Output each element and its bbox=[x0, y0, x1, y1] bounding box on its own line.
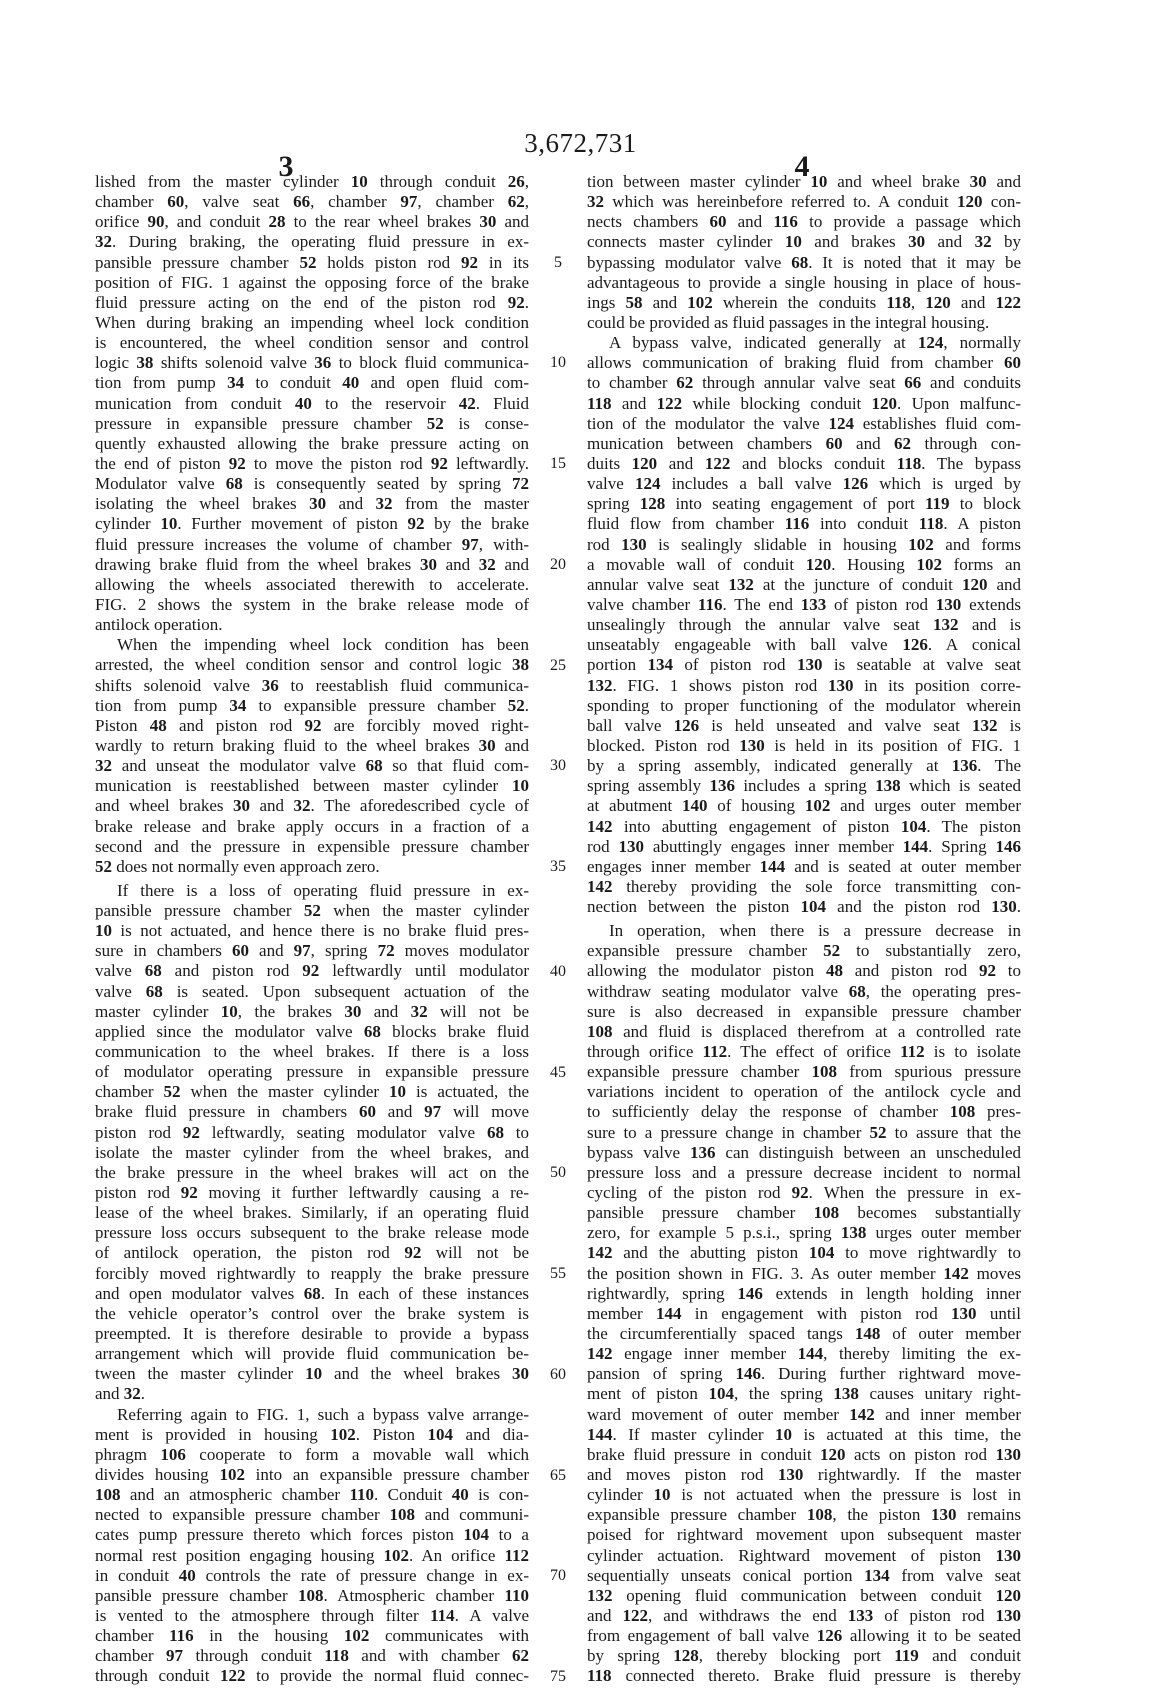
text-line: tion of the modulator the valve 124 esta… bbox=[587, 414, 1021, 434]
line-number: 65 bbox=[536, 1466, 580, 1486]
reference-numeral: 32 bbox=[411, 1002, 428, 1021]
text-line: 10 is not actuated, and hence there is n… bbox=[95, 921, 529, 941]
text-line: FIG. 2 shows the system in the brake rel… bbox=[95, 595, 529, 615]
reference-numeral: 52 bbox=[508, 696, 525, 715]
text-line: arrested, the wheel condition sensor and… bbox=[95, 655, 529, 675]
reference-numeral: 66 bbox=[293, 192, 310, 211]
text-line: sure in chambers 60 and 97, spring 72 mo… bbox=[95, 941, 529, 961]
reference-numeral: 106 bbox=[160, 1445, 186, 1464]
reference-numeral: 120 bbox=[957, 192, 983, 211]
reference-numeral: 104 bbox=[709, 1384, 735, 1403]
text-line: antilock operation. bbox=[95, 615, 529, 635]
text-line: from engagement of ball valve 126 allowi… bbox=[587, 1626, 1021, 1646]
text-line: brake fluid pressure in chambers 60 and … bbox=[95, 1102, 529, 1122]
text-line: pressure in expansible pressure chamber … bbox=[95, 414, 529, 434]
text-line: sponding to proper functioning of the mo… bbox=[587, 696, 1021, 716]
reference-numeral: 130 bbox=[778, 1465, 804, 1484]
reference-numeral: 120 bbox=[996, 1586, 1022, 1605]
reference-numeral: 133 bbox=[848, 1606, 874, 1625]
text-line: and moves piston rod 130 rightwardly. If… bbox=[587, 1465, 1021, 1485]
text-line: lease of the wheel brakes. Similarly, if… bbox=[95, 1203, 529, 1223]
reference-numeral: 38 bbox=[136, 353, 153, 372]
text-line: 118 connected thereto. Brake fluid press… bbox=[587, 1666, 1021, 1686]
reference-numeral: 92 bbox=[508, 293, 525, 312]
text-line: unsealingly through the annular valve se… bbox=[587, 615, 1021, 635]
reference-numeral: 148 bbox=[855, 1324, 881, 1343]
line-number: 55 bbox=[536, 1264, 580, 1284]
reference-numeral: 32 bbox=[124, 1384, 141, 1403]
text-line: forcibly moved rightwardly to reapply th… bbox=[95, 1264, 529, 1284]
line-number: 15 bbox=[536, 454, 580, 474]
reference-numeral: 142 bbox=[587, 817, 613, 836]
reference-numeral: 124 bbox=[828, 414, 854, 433]
reference-numeral: 122 bbox=[705, 454, 731, 473]
reference-numeral: 134 bbox=[648, 655, 674, 674]
reference-numeral: 58 bbox=[625, 293, 642, 312]
reference-numeral: 10 bbox=[654, 1485, 671, 1504]
reference-numeral: 97 bbox=[424, 1102, 441, 1121]
reference-numeral: 92 bbox=[304, 716, 321, 735]
reference-numeral: 126 bbox=[843, 474, 869, 493]
text-line: divides housing 102 into an expansible p… bbox=[95, 1465, 529, 1485]
reference-numeral: 48 bbox=[826, 961, 843, 980]
reference-numeral: 130 bbox=[951, 1304, 977, 1323]
reference-numeral: 110 bbox=[349, 1485, 374, 1504]
text-line: by spring 128, thereby blocking port 119… bbox=[587, 1646, 1021, 1666]
reference-numeral: 40 bbox=[342, 373, 359, 392]
text-line: pansible pressure chamber 108. Atmospher… bbox=[95, 1586, 529, 1606]
text-line: through orifice 112. The effect of orifi… bbox=[587, 1042, 1021, 1062]
line-number: 70 bbox=[536, 1566, 580, 1586]
reference-numeral: 92 bbox=[404, 1243, 421, 1262]
reference-numeral: 132 bbox=[728, 575, 754, 594]
reference-numeral: 108 bbox=[389, 1505, 415, 1524]
text-line: portion 134 of piston rod 130 is seatabl… bbox=[587, 655, 1021, 675]
reference-numeral: 124 bbox=[635, 474, 661, 493]
reference-numeral: 28 bbox=[269, 212, 286, 231]
reference-numeral: 97 bbox=[462, 535, 479, 554]
reference-numeral: 120 bbox=[925, 293, 951, 312]
reference-numeral: 122 bbox=[623, 1606, 649, 1625]
text-line: position of FIG. 1 against the opposing … bbox=[95, 273, 529, 293]
reference-numeral: 10 bbox=[775, 1425, 792, 1444]
text-line: the brake pressure in the wheel brakes w… bbox=[95, 1163, 529, 1183]
text-line: cylinder 10. Further movement of piston … bbox=[95, 514, 529, 534]
text-line: fluid flow from chamber 116 into conduit… bbox=[587, 514, 1021, 534]
text-line: rightwardly, spring 146 extends in lengt… bbox=[587, 1284, 1021, 1304]
reference-numeral: 130 bbox=[621, 535, 647, 554]
reference-numeral: 142 bbox=[587, 1344, 613, 1363]
reference-numeral: 108 bbox=[814, 1203, 840, 1222]
line-number: 25 bbox=[536, 656, 580, 676]
text-line: of modulator operating pressure in expan… bbox=[95, 1062, 529, 1082]
text-line: advantageous to provide a single housing… bbox=[587, 273, 1021, 293]
reference-numeral: 102 bbox=[344, 1626, 370, 1645]
reference-numeral: 60 bbox=[709, 212, 726, 231]
reference-numeral: 144 bbox=[760, 857, 786, 876]
line-number: 20 bbox=[536, 555, 580, 575]
reference-numeral: 60 bbox=[232, 941, 249, 960]
text-line: chamber 52 when the master cylinder 10 i… bbox=[95, 1082, 529, 1102]
text-line: annular valve seat 132 at the juncture o… bbox=[587, 575, 1021, 595]
reference-numeral: 40 bbox=[179, 1566, 196, 1585]
reference-numeral: 140 bbox=[682, 796, 708, 815]
reference-numeral: 114 bbox=[430, 1606, 455, 1625]
reference-numeral: 112 bbox=[703, 1042, 728, 1061]
text-line: pansible pressure chamber 52 holds pisto… bbox=[95, 253, 529, 273]
reference-numeral: 130 bbox=[996, 1546, 1022, 1565]
reference-numeral: 108 bbox=[812, 1062, 838, 1081]
text-line: When during braking an impending wheel l… bbox=[95, 313, 529, 333]
reference-numeral: 132 bbox=[587, 1586, 613, 1605]
text-line: of antilock operation, the piston rod 92… bbox=[95, 1243, 529, 1263]
text-line: to chamber 62 through annular valve seat… bbox=[587, 373, 1021, 393]
reference-numeral: 119 bbox=[894, 1646, 919, 1665]
text-line: chamber 116 in the housing 102 communica… bbox=[95, 1626, 529, 1646]
text-line: ward movement of outer member 142 and in… bbox=[587, 1405, 1021, 1425]
reference-numeral: 144 bbox=[587, 1425, 613, 1444]
text-line: at abutment 140 of housing 102 and urges… bbox=[587, 796, 1021, 816]
reference-numeral: 60 bbox=[1004, 353, 1021, 372]
reference-numeral: 138 bbox=[875, 776, 901, 795]
reference-numeral: 102 bbox=[330, 1425, 356, 1444]
text-line: munication from conduit 40 to the reserv… bbox=[95, 394, 529, 414]
reference-numeral: 66 bbox=[904, 373, 921, 392]
reference-numeral: 38 bbox=[512, 655, 529, 674]
reference-numeral: 120 bbox=[962, 575, 988, 594]
reference-numeral: 104 bbox=[809, 1243, 835, 1262]
reference-numeral: 32 bbox=[95, 756, 112, 775]
reference-numeral: 68 bbox=[146, 982, 163, 1001]
text-line: could be provided as fluid passages in t… bbox=[587, 313, 1021, 333]
reference-numeral: 97 bbox=[166, 1646, 183, 1665]
text-line: pansion of spring 146. During further ri… bbox=[587, 1364, 1021, 1384]
text-line: by a spring assembly, indicated generall… bbox=[587, 756, 1021, 776]
text-line: munication between chambers 60 and 62 th… bbox=[587, 434, 1021, 454]
reference-numeral: 104 bbox=[801, 897, 827, 916]
text-line: drawing brake fluid from the wheel brake… bbox=[95, 555, 529, 575]
line-number: 40 bbox=[536, 962, 580, 982]
reference-numeral: 108 bbox=[95, 1485, 121, 1504]
text-line: brake release and brake apply occurs in … bbox=[95, 817, 529, 837]
text-line: ment of piston 104, the spring 138 cause… bbox=[587, 1384, 1021, 1404]
text-line: ment is provided in housing 102. Piston … bbox=[95, 1425, 529, 1445]
reference-numeral: 130 bbox=[619, 837, 645, 856]
reference-numeral: 102 bbox=[219, 1465, 245, 1484]
text-line: allowing the modulator piston 48 and pis… bbox=[587, 961, 1021, 981]
text-line: rod 130 is sealingly slidable in housing… bbox=[587, 535, 1021, 555]
text-line: second and the pressure in expensible pr… bbox=[95, 837, 529, 857]
text-line: bypass valve 136 can distinguish between… bbox=[587, 1143, 1021, 1163]
text-line: If there is a loss of operating fluid pr… bbox=[95, 881, 529, 901]
reference-numeral: 40 bbox=[452, 1485, 469, 1504]
reference-numeral: 120 bbox=[632, 454, 658, 473]
text-line: nects chambers 60 and 116 to provide a p… bbox=[587, 212, 1021, 232]
text-line: applied since the modulator valve 68 blo… bbox=[95, 1022, 529, 1042]
text-line: spring assembly 136 includes a spring 13… bbox=[587, 776, 1021, 796]
text-line: brake fluid pressure in conduit 120 acts… bbox=[587, 1445, 1021, 1465]
reference-numeral: 30 bbox=[233, 796, 250, 815]
line-number: 30 bbox=[536, 756, 580, 776]
reference-numeral: 122 bbox=[657, 394, 683, 413]
text-line: 52 does not normally even approach zero. bbox=[95, 857, 529, 877]
reference-numeral: 146 bbox=[737, 1284, 763, 1303]
text-line: When the impending wheel lock condition … bbox=[95, 635, 529, 655]
reference-numeral: 130 bbox=[936, 595, 962, 614]
reference-numeral: 62 bbox=[894, 434, 911, 453]
reference-numeral: 52 bbox=[427, 414, 444, 433]
reference-numeral: 92 bbox=[431, 454, 448, 473]
reference-numeral: 120 bbox=[872, 394, 898, 413]
reference-numeral: 130 bbox=[931, 1505, 957, 1524]
reference-numeral: 116 bbox=[785, 514, 810, 533]
text-line: allows communication of braking fluid fr… bbox=[587, 353, 1021, 373]
text-line: 32 and unseat the modulator valve 68 so … bbox=[95, 756, 529, 776]
reference-numeral: 60 bbox=[167, 192, 184, 211]
text-line: 32 which was hereinbefore referred to. A… bbox=[587, 192, 1021, 212]
text-line: and open modulator valves 68. In each of… bbox=[95, 1284, 529, 1304]
text-line: pressure loss and a pressure decrease in… bbox=[587, 1163, 1021, 1183]
text-line: zero, for example 5 p.s.i., spring 138 u… bbox=[587, 1223, 1021, 1243]
reference-numeral: 30 bbox=[479, 736, 496, 755]
text-line: tion from pump 34 to conduit 40 and open… bbox=[95, 373, 529, 393]
text-line: is vented to the atmosphere through filt… bbox=[95, 1606, 529, 1626]
text-line: the vehicle operator’s control over the … bbox=[95, 1304, 529, 1324]
reference-numeral: 42 bbox=[459, 394, 476, 413]
text-line: the end of piston 92 to move the piston … bbox=[95, 454, 529, 474]
reference-numeral: 118 bbox=[897, 454, 922, 473]
reference-numeral: 142 bbox=[587, 877, 613, 896]
reference-numeral: 36 bbox=[314, 353, 331, 372]
reference-numeral: 130 bbox=[828, 676, 854, 695]
text-line: orifice 90, and conduit 28 to the rear w… bbox=[95, 212, 529, 232]
reference-numeral: 130 bbox=[739, 736, 765, 755]
text-line: rod 130 abuttingly engages inner member … bbox=[587, 837, 1021, 857]
reference-numeral: 124 bbox=[918, 333, 944, 352]
reference-numeral: 32 bbox=[975, 232, 992, 251]
reference-numeral: 68 bbox=[145, 961, 162, 980]
reference-numeral: 142 bbox=[587, 1243, 613, 1262]
reference-numeral: 68 bbox=[791, 253, 808, 272]
reference-numeral: 130 bbox=[996, 1606, 1022, 1625]
text-line: is encountered, the wheel condition sens… bbox=[95, 333, 529, 353]
text-line: A bypass valve, indicated generally at 1… bbox=[587, 333, 1021, 353]
reference-numeral: 32 bbox=[95, 232, 112, 251]
reference-numeral: 136 bbox=[690, 1143, 716, 1162]
text-line: isolate the master cylinder from the whe… bbox=[95, 1143, 529, 1163]
reference-numeral: 62 bbox=[676, 373, 693, 392]
reference-numeral: 122 bbox=[996, 293, 1021, 312]
text-line: munication is reestablished between mast… bbox=[95, 776, 529, 796]
reference-numeral: 68 bbox=[487, 1123, 504, 1142]
reference-numeral: 104 bbox=[428, 1425, 454, 1444]
text-line: fluid pressure acting on the end of the … bbox=[95, 293, 529, 313]
reference-numeral: 102 bbox=[687, 293, 713, 312]
text-line: wardly to return braking fluid to the wh… bbox=[95, 736, 529, 756]
reference-numeral: 68 bbox=[849, 982, 866, 1001]
reference-numeral: 134 bbox=[864, 1566, 890, 1585]
left-text-column: lished from the master cylinder 10 throu… bbox=[95, 172, 529, 1687]
text-line: nected to expansible pressure chamber 10… bbox=[95, 1505, 529, 1525]
reference-numeral: 72 bbox=[512, 474, 529, 493]
reference-numeral: 40 bbox=[295, 394, 312, 413]
reference-numeral: 30 bbox=[420, 555, 437, 574]
text-line: and wheel brakes 30 and 32. The aforedes… bbox=[95, 796, 529, 816]
reference-numeral: 119 bbox=[925, 494, 950, 513]
text-line: Modulator valve 68 is consequently seate… bbox=[95, 474, 529, 494]
reference-numeral: 126 bbox=[817, 1626, 843, 1645]
text-line: sure to a pressure change in chamber 52 … bbox=[587, 1123, 1021, 1143]
reference-numeral: 10 bbox=[95, 921, 112, 940]
text-line: in conduit 40 controls the rate of press… bbox=[95, 1566, 529, 1586]
text-line: pansible pressure chamber 52 when the ma… bbox=[95, 901, 529, 921]
reference-numeral: 108 bbox=[807, 1505, 833, 1524]
reference-numeral: 52 bbox=[823, 941, 840, 960]
reference-numeral: 92 bbox=[183, 1123, 200, 1142]
reference-numeral: 142 bbox=[943, 1264, 969, 1283]
reference-numeral: 48 bbox=[150, 716, 167, 735]
reference-numeral: 132 bbox=[933, 615, 959, 634]
text-line: phragm 106 cooperate to form a movable w… bbox=[95, 1445, 529, 1465]
reference-numeral: 72 bbox=[378, 941, 395, 960]
text-line: spring 128 into seating engagement of po… bbox=[587, 494, 1021, 514]
reference-numeral: 52 bbox=[304, 901, 321, 920]
line-number: 45 bbox=[536, 1063, 580, 1083]
text-line: In operation, when there is a pressure d… bbox=[587, 921, 1021, 941]
reference-numeral: 146 bbox=[735, 1364, 761, 1383]
text-line: tween the master cylinder 10 and the whe… bbox=[95, 1364, 529, 1384]
text-line: logic 38 shifts solenoid valve 36 to blo… bbox=[95, 353, 529, 373]
reference-numeral: 90 bbox=[147, 212, 164, 231]
text-line: tion between master cylinder 10 and whee… bbox=[587, 172, 1021, 192]
text-line: poised for rightward movement upon subse… bbox=[587, 1525, 1021, 1545]
text-line: withdraw seating modulator valve 68, the… bbox=[587, 982, 1021, 1002]
reference-numeral: 118 bbox=[886, 293, 911, 312]
reference-numeral: 128 bbox=[640, 494, 666, 513]
reference-numeral: 116 bbox=[169, 1626, 194, 1645]
reference-numeral: 130 bbox=[797, 655, 823, 674]
reference-numeral: 133 bbox=[801, 595, 827, 614]
reference-numeral: 144 bbox=[656, 1304, 682, 1323]
text-line: engages inner member 144 and is seated a… bbox=[587, 857, 1021, 877]
text-line: chamber 60, valve seat 66, chamber 97, c… bbox=[95, 192, 529, 212]
reference-numeral: 10 bbox=[160, 514, 177, 533]
reference-numeral: 30 bbox=[908, 232, 925, 251]
text-line: valve 68 and piston rod 92 leftwardly un… bbox=[95, 961, 529, 981]
text-line: fluid pressure increases the volume of c… bbox=[95, 535, 529, 555]
line-number: 35 bbox=[536, 857, 580, 877]
text-line: preempted. It is therefore desirable to … bbox=[95, 1324, 529, 1344]
reference-numeral: 60 bbox=[826, 434, 843, 453]
reference-numeral: 92 bbox=[229, 454, 246, 473]
reference-numeral: 132 bbox=[587, 676, 613, 695]
text-line: to sufficiently delay the response of ch… bbox=[587, 1102, 1021, 1122]
reference-numeral: 128 bbox=[673, 1646, 699, 1665]
text-line: 142 into abutting engagement of piston 1… bbox=[587, 817, 1021, 837]
reference-numeral: 30 bbox=[344, 1002, 361, 1021]
text-line: and 32. bbox=[95, 1384, 529, 1404]
text-line: a movable wall of conduit 120. Housing 1… bbox=[587, 555, 1021, 575]
reference-numeral: 130 bbox=[991, 897, 1017, 916]
reference-numeral: 52 bbox=[299, 253, 316, 272]
reference-numeral: 102 bbox=[384, 1546, 410, 1565]
text-line: communication to the wheel brakes. If th… bbox=[95, 1042, 529, 1062]
reference-numeral: 144 bbox=[903, 837, 929, 856]
reference-numeral: 62 bbox=[508, 192, 525, 211]
reference-numeral: 62 bbox=[512, 1646, 529, 1665]
reference-numeral: 118 bbox=[919, 514, 944, 533]
reference-numeral: 32 bbox=[479, 555, 496, 574]
reference-numeral: 52 bbox=[870, 1123, 887, 1142]
reference-numeral: 32 bbox=[587, 192, 604, 211]
reference-numeral: 136 bbox=[952, 756, 978, 775]
text-line: expansible pressure chamber 108, the pis… bbox=[587, 1505, 1021, 1525]
reference-numeral: 97 bbox=[294, 941, 311, 960]
reference-numeral: 26 bbox=[508, 172, 525, 191]
text-line: nection between the piston 104 and the p… bbox=[587, 897, 1021, 917]
reference-numeral: 102 bbox=[805, 796, 831, 815]
reference-numeral: 68 bbox=[364, 1022, 381, 1041]
reference-numeral: 108 bbox=[298, 1586, 324, 1605]
reference-numeral: 138 bbox=[841, 1223, 867, 1242]
reference-numeral: 116 bbox=[698, 595, 723, 614]
reference-numeral: 118 bbox=[587, 1666, 612, 1685]
line-number: 75 bbox=[536, 1667, 580, 1687]
text-line: the circumferentially spaced tangs 148 o… bbox=[587, 1324, 1021, 1344]
line-number: 5 bbox=[536, 253, 580, 273]
text-line: 142 thereby providing the sole force tra… bbox=[587, 877, 1021, 897]
reference-numeral: 10 bbox=[389, 1082, 406, 1101]
reference-numeral: 112 bbox=[504, 1546, 529, 1565]
text-line: 118 and 122 while blocking conduit 120. … bbox=[587, 394, 1021, 414]
reference-numeral: 122 bbox=[220, 1666, 246, 1685]
reference-numeral: 92 bbox=[407, 514, 424, 533]
reference-numeral: 36 bbox=[262, 676, 279, 695]
reference-numeral: 132 bbox=[972, 716, 998, 735]
text-line: duits 120 and 122 and blocks conduit 118… bbox=[587, 454, 1021, 474]
reference-numeral: 120 bbox=[820, 1445, 846, 1464]
text-line: piston rod 92 moving it further leftward… bbox=[95, 1183, 529, 1203]
text-line: normal rest position engaging housing 10… bbox=[95, 1546, 529, 1566]
text-line: cycling of the piston rod 92. When the p… bbox=[587, 1183, 1021, 1203]
text-line: Piston 48 and piston rod 92 are forcibly… bbox=[95, 716, 529, 736]
reference-numeral: 32 bbox=[376, 494, 393, 513]
text-line: cates pump pressure thereto which forces… bbox=[95, 1525, 529, 1545]
reference-numeral: 34 bbox=[229, 696, 246, 715]
text-line: sequentially unseats conical portion 134… bbox=[587, 1566, 1021, 1586]
text-line: 142 engage inner member 144, thereby lim… bbox=[587, 1344, 1021, 1364]
reference-numeral: 144 bbox=[798, 1344, 824, 1363]
reference-numeral: 108 bbox=[587, 1022, 613, 1041]
text-line: shifts solenoid valve 36 to reestablish … bbox=[95, 676, 529, 696]
reference-numeral: 142 bbox=[849, 1405, 875, 1424]
reference-numeral: 10 bbox=[785, 232, 802, 251]
text-line: expansible pressure chamber 52 to substa… bbox=[587, 941, 1021, 961]
reference-numeral: 10 bbox=[512, 776, 529, 795]
text-line: allowing the wheels associated therewith… bbox=[95, 575, 529, 595]
reference-numeral: 97 bbox=[400, 192, 417, 211]
reference-numeral: 104 bbox=[463, 1525, 489, 1544]
right-text-column: tion between master cylinder 10 and whee… bbox=[587, 172, 1021, 1687]
reference-numeral: 138 bbox=[833, 1384, 859, 1403]
reference-numeral: 10 bbox=[351, 172, 368, 191]
reference-numeral: 92 bbox=[792, 1183, 809, 1202]
line-number: 50 bbox=[536, 1163, 580, 1183]
text-line: and 122, and withdraws the end 133 of pi… bbox=[587, 1606, 1021, 1626]
text-line: cylinder actuation. Rightward movement o… bbox=[587, 1546, 1021, 1566]
text-line: arrangement which will provide fluid com… bbox=[95, 1344, 529, 1364]
reference-numeral: 110 bbox=[504, 1586, 529, 1605]
